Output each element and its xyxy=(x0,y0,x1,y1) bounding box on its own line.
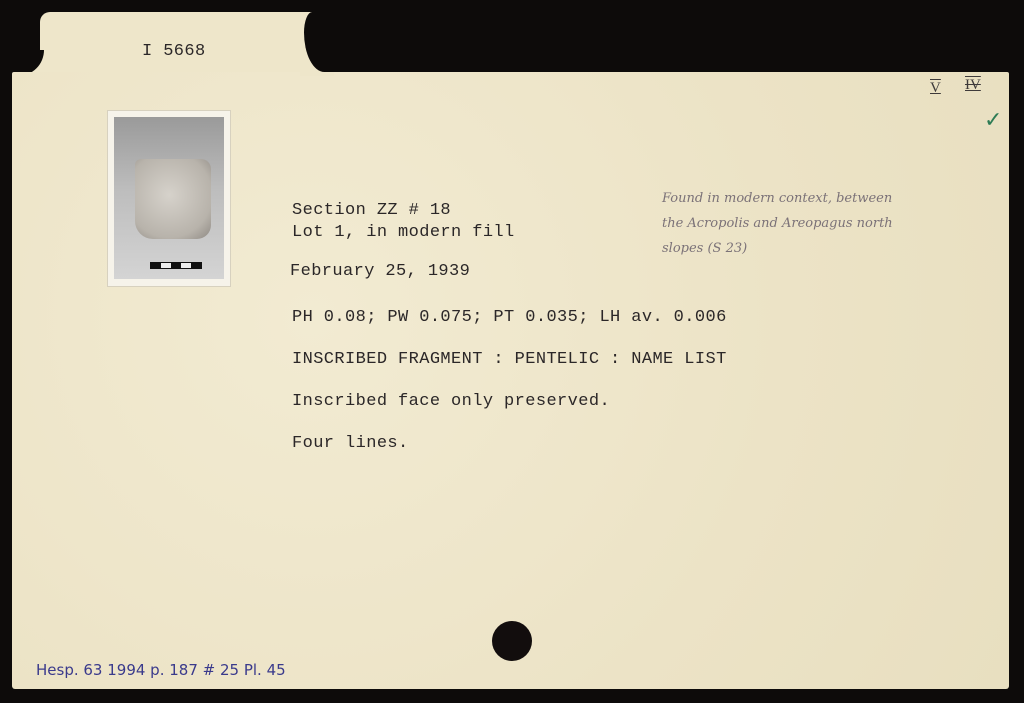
object-photo xyxy=(107,110,231,287)
punch-hole xyxy=(492,621,532,661)
check-icon: ✓ xyxy=(984,108,1002,133)
roman-numeral-iv-struck: IV xyxy=(965,77,981,94)
date-line: February 25, 1939 xyxy=(290,262,470,281)
handwritten-findspot-note: Found in modern context, between the Acr… xyxy=(662,186,1007,261)
dimensions-line: PH 0.08; PW 0.075; PT 0.035; LH av. 0.00… xyxy=(292,308,727,327)
note-line-2: the Acropolis and Areopagus north xyxy=(662,211,1007,236)
tab-curve-right xyxy=(300,12,334,76)
note-line-3: slopes (S 23) xyxy=(662,236,1007,261)
photo-background xyxy=(114,117,224,279)
lines-count: Four lines. xyxy=(292,434,409,453)
scale-bar xyxy=(150,262,202,269)
roman-numeral-v: V xyxy=(930,80,941,97)
lot-line: Lot 1, in modern fill xyxy=(292,223,515,242)
section-line: Section ZZ # 18 xyxy=(292,201,451,220)
classification-line: INSCRIBED FRAGMENT : PENTELIC : NAME LIS… xyxy=(292,350,727,369)
stone-fragment-image xyxy=(135,159,211,239)
bibliography-note: Hesp. 63 1994 p. 187 # 25 Pl. 45 xyxy=(36,658,286,683)
preservation-line: Inscribed face only preserved. xyxy=(292,392,610,411)
accession-number: I 5668 xyxy=(142,42,206,61)
note-line-1: Found in modern context, between xyxy=(662,186,1007,211)
